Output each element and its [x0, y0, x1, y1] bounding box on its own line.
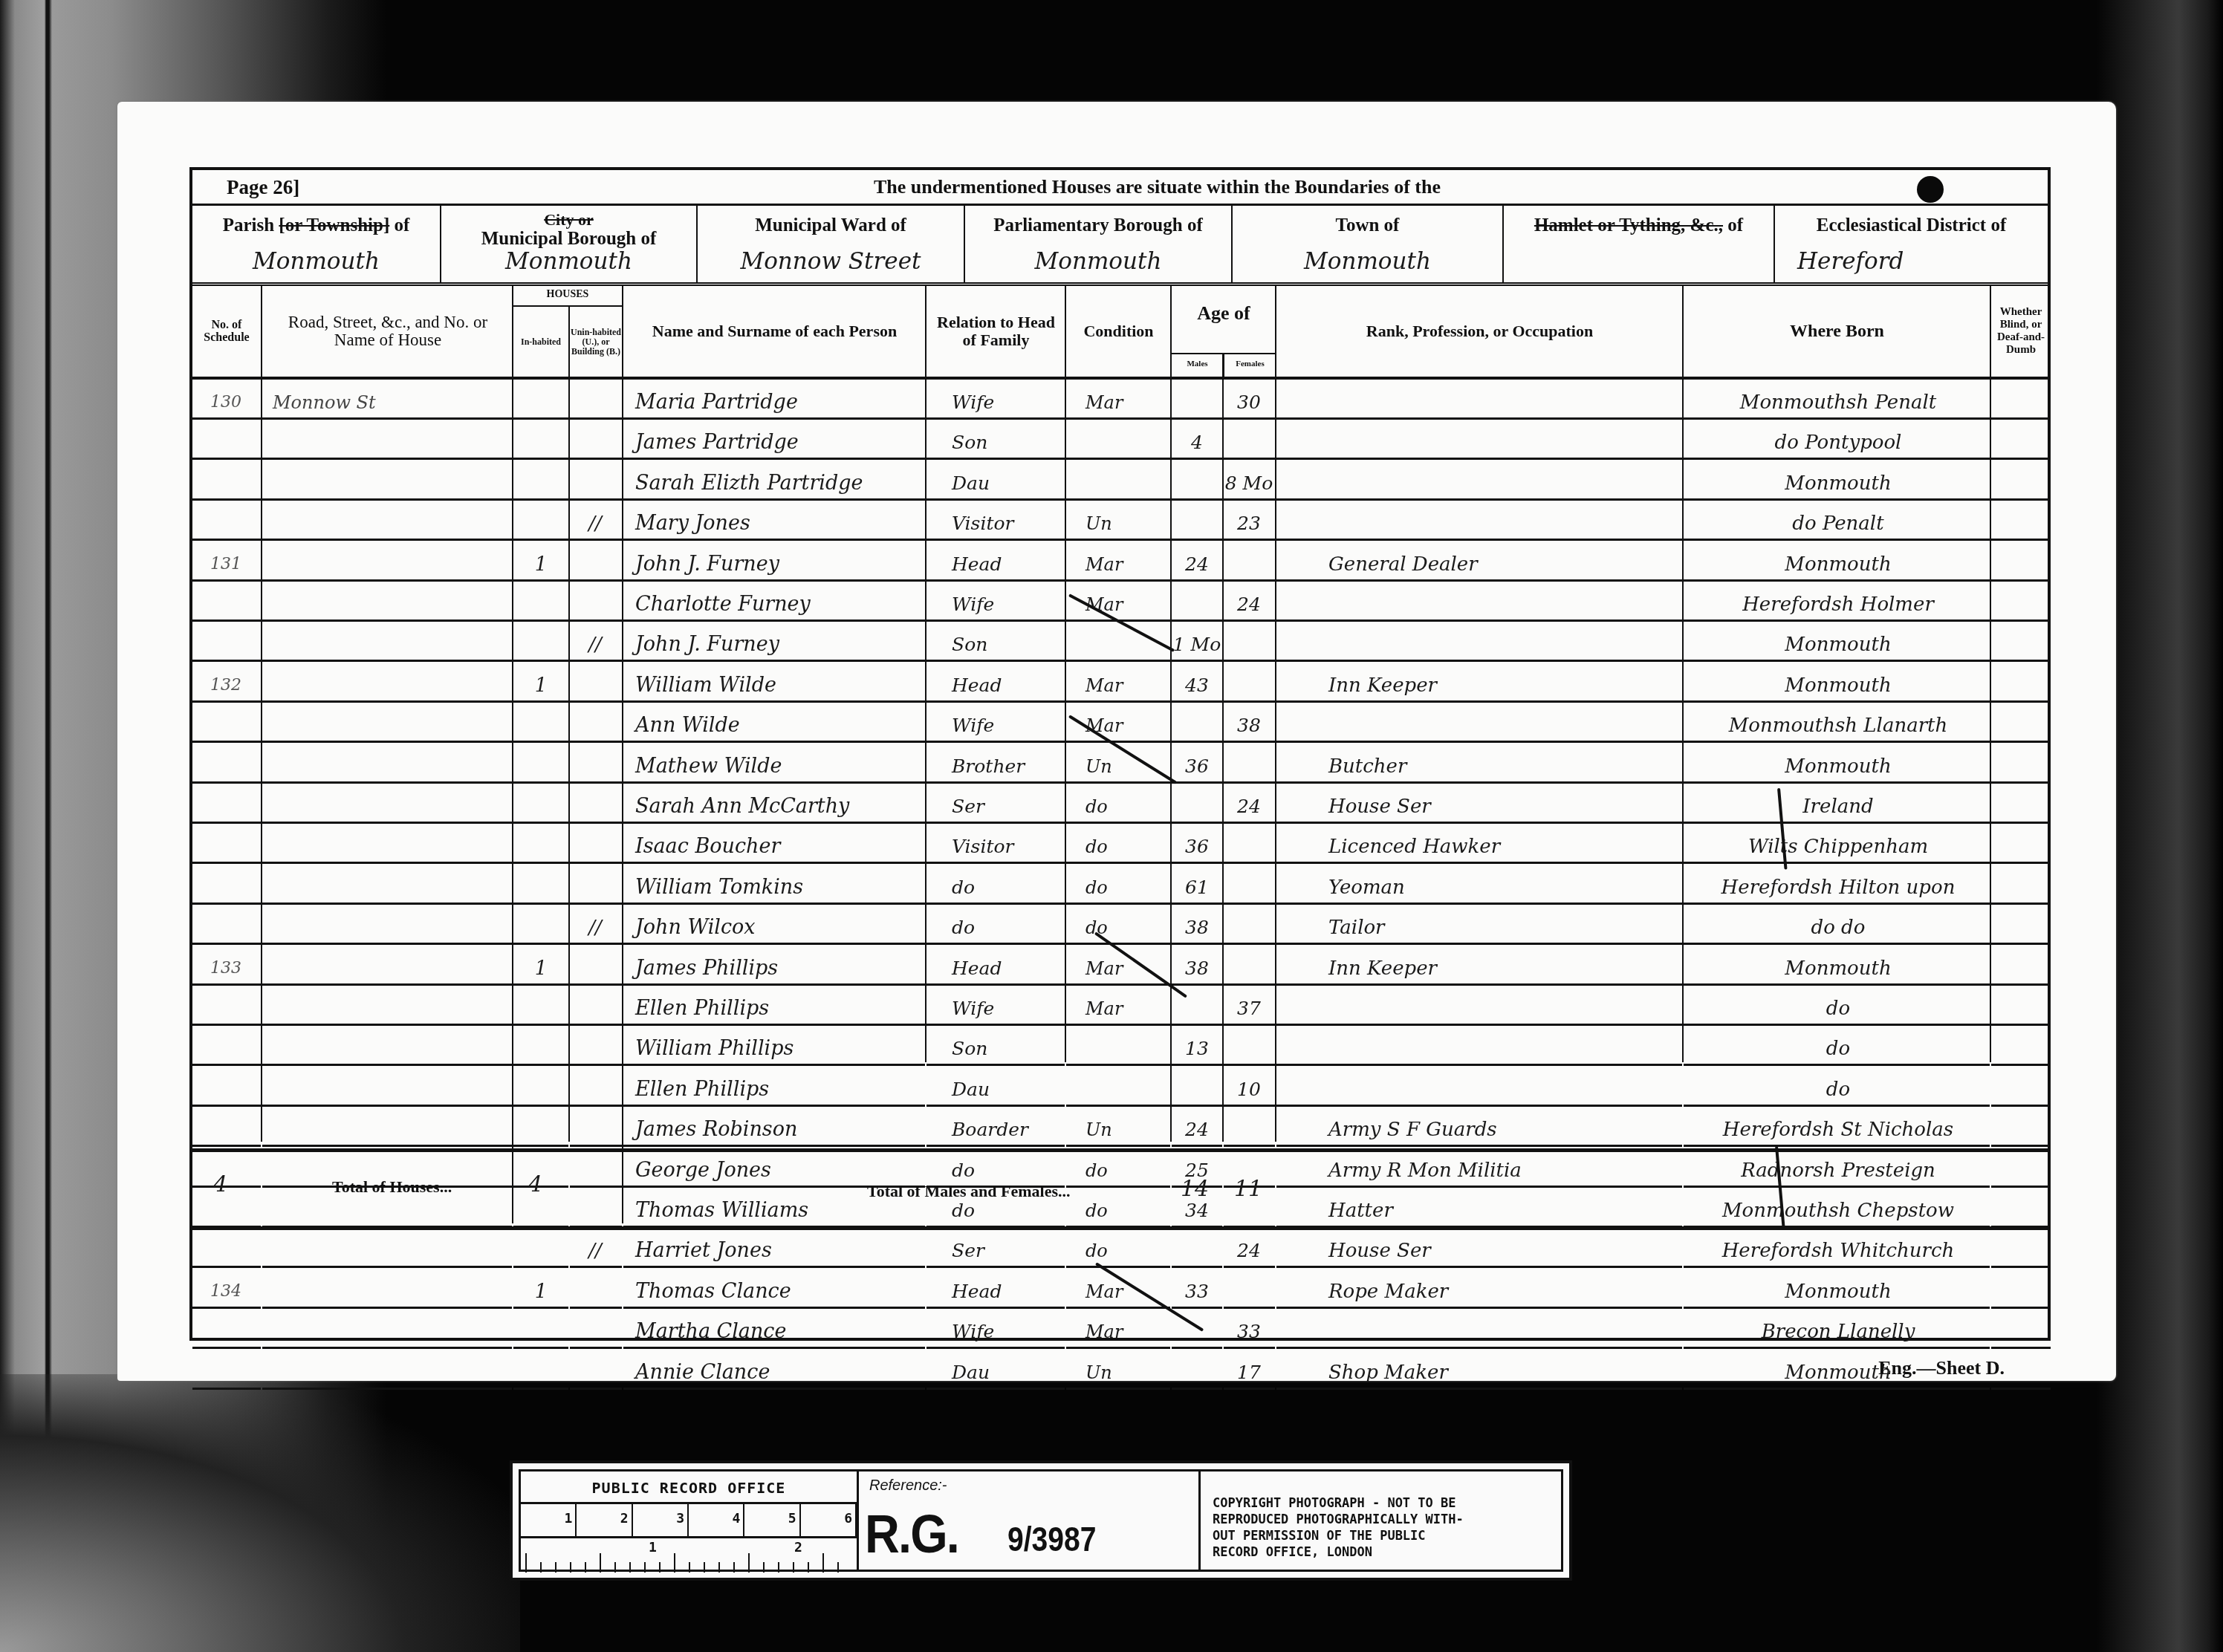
occupation [1276, 380, 1681, 420]
blind-deaf-dumb [1991, 905, 2051, 945]
ruler-tick [808, 1562, 809, 1573]
relation-to-head: Dau [926, 1067, 1064, 1107]
marital-condition: do [1066, 1228, 1170, 1268]
occupation: Butcher [1276, 744, 1681, 784]
schedule-number [192, 865, 259, 905]
header-relation: Relation to Head of Family [926, 286, 1065, 377]
male-age [1172, 784, 1222, 824]
table-row: //Mary JonesVisitorUn23do Penalt [192, 501, 2048, 541]
occupation: Inn Keeper [1276, 946, 1681, 986]
ruler-tick [733, 1562, 735, 1573]
header-uninhabited: Unin-habited (U.), or Building (B.) [570, 328, 622, 357]
person-name: John Wilcox [623, 905, 924, 945]
inhabited-count: 1 [514, 946, 568, 986]
blind-deaf-dumb [1991, 946, 2051, 986]
ruler-tick [704, 1562, 705, 1573]
road-name [264, 582, 513, 622]
marital-condition: Mar [1066, 1309, 1170, 1349]
road-name [264, 663, 513, 703]
schedule-number [192, 1026, 259, 1066]
inhabited-count [514, 1026, 568, 1066]
schedule-number [192, 1350, 259, 1390]
birthplace: do Penalt [1684, 501, 1990, 541]
birthplace: Ireland [1684, 784, 1990, 824]
inhabited-count [514, 1309, 568, 1349]
schedule-number [192, 744, 259, 784]
total-males: 14 [1181, 1176, 1209, 1202]
relation-to-head: Head [926, 663, 1064, 703]
birthplace: Monmouth [1684, 461, 1990, 501]
inhabited-count [514, 1228, 568, 1268]
header-inhabited: In-habited [521, 337, 561, 347]
male-age [1172, 501, 1222, 541]
relation-to-head: Son [926, 1026, 1064, 1066]
relation-to-head: Wife [926, 380, 1064, 420]
female-age: 24 [1224, 784, 1274, 824]
table-row: 1321William WildeHeadMar43Inn KeeperMonm… [192, 663, 2048, 703]
female-age [1224, 865, 1274, 905]
person-name: Mathew Wilde [623, 744, 924, 784]
uninhabited-mark: // [569, 501, 621, 541]
road-name [264, 420, 513, 460]
marital-condition [1066, 461, 1170, 501]
district-row: Parish [or Township] of Monmouth City or… [192, 206, 2048, 286]
uninhabited-mark [569, 380, 621, 420]
inhabited-count [514, 1350, 568, 1390]
birthplace: Herefordsh Holmer [1684, 582, 1990, 622]
marital-condition: do [1066, 784, 1170, 824]
marital-condition: Un [1066, 501, 1170, 541]
person-name: William Tomkins [623, 865, 924, 905]
male-age: 38 [1172, 946, 1222, 986]
female-age [1224, 1269, 1274, 1309]
person-name: John J. Furney [623, 542, 924, 582]
blind-deaf-dumb [1991, 622, 2051, 662]
table-row: Martha ClanceWifeMar33Brecon Llanelly [192, 1309, 2048, 1349]
road-name [264, 622, 513, 662]
relation-to-head: Wife [926, 582, 1064, 622]
inhabited-count [514, 622, 568, 662]
relation-to-head: Ser [926, 784, 1064, 824]
schedule-number: 134 [192, 1269, 259, 1309]
ruler-tick [748, 1553, 750, 1573]
inhabited-count [514, 865, 568, 905]
person-name: Martha Clance [623, 1309, 924, 1349]
road-name [264, 744, 513, 784]
person-name: Ellen Phillips [623, 986, 924, 1026]
blind-deaf-dumb [1991, 1107, 2051, 1147]
ruler-tick [540, 1562, 542, 1573]
header-males: Males [1172, 354, 1224, 377]
marital-condition [1066, 1026, 1170, 1066]
person-name: Ann Wilde [623, 703, 924, 743]
total-persons-label: Total of Males and Females... [867, 1182, 1071, 1201]
record-office-label: PUBLIC RECORD OFFICE 1 2 3 4 5 6 1 2 Ref… [510, 1460, 1572, 1581]
marital-condition: Un [1066, 1107, 1170, 1147]
census-table-body: 130Monnow StMaria PartridgeWifeMar30Monm… [192, 380, 2048, 1278]
header-where-born: Where Born [1684, 286, 1990, 377]
road-name [264, 501, 513, 541]
road-name [264, 1228, 513, 1268]
marital-condition: Mar [1066, 663, 1170, 703]
row-rule [926, 1388, 1065, 1390]
female-age: 23 [1224, 501, 1274, 541]
person-name: William Phillips [623, 1026, 924, 1066]
totals-row: 4 Total of Houses... 4 Total of Males an… [192, 1148, 2048, 1230]
inhabited-count [514, 784, 568, 824]
male-age: 43 [1172, 663, 1222, 703]
female-age [1224, 420, 1274, 460]
ruler-inch: 1 2 [521, 1538, 857, 1573]
female-age [1224, 1026, 1274, 1066]
female-age [1224, 824, 1274, 864]
relation-to-head: Head [926, 946, 1064, 986]
relation-to-head: Dau [926, 1350, 1064, 1390]
occupation: General Dealer [1276, 542, 1681, 582]
birthplace: Herefordsh St Nicholas [1684, 1107, 1990, 1147]
inhabited-count [514, 1107, 568, 1147]
person-name: Ellen Phillips [623, 1067, 924, 1107]
road-name [264, 1269, 513, 1309]
blind-deaf-dumb [1991, 582, 2051, 622]
occupation: Inn Keeper [1276, 663, 1681, 703]
district-municipal-ward: Municipal Ward of Monnow Street [698, 206, 965, 282]
schedule-number [192, 622, 259, 662]
female-age [1224, 744, 1274, 784]
relation-to-head: Visitor [926, 824, 1064, 864]
schedule-number [192, 420, 259, 460]
district-value: Monnow Street [698, 248, 964, 275]
occupation [1276, 986, 1681, 1026]
birthplace: do [1684, 1067, 1990, 1107]
census-page: Page 26] The undermentioned Houses are s… [117, 102, 2116, 1381]
male-age [1172, 582, 1222, 622]
blind-deaf-dumb [1991, 1067, 2051, 1107]
column-header-row: No. of Schedule Road, Street, &c., and N… [192, 286, 2048, 380]
header-schedule: No. of Schedule [192, 286, 261, 377]
relation-to-head: Wife [926, 986, 1064, 1026]
birthplace: Monmouth [1684, 946, 1990, 986]
schedule-number [192, 824, 259, 864]
blind-deaf-dumb [1991, 784, 2051, 824]
ruler-tick [644, 1562, 646, 1573]
ruler-tick [763, 1562, 765, 1573]
district-value: Monmouth [441, 248, 696, 275]
relation-to-head: Head [926, 1269, 1064, 1309]
occupation: Shop Maker [1276, 1350, 1681, 1390]
schedule-number: 133 [192, 946, 259, 986]
inhabited-count [514, 380, 568, 420]
header-occupation: Rank, Profession, or Occupation [1276, 286, 1683, 377]
schedule-number [192, 1107, 259, 1147]
ruler-tick [718, 1562, 720, 1573]
schedule-number [192, 1309, 259, 1349]
male-age: 24 [1172, 1107, 1222, 1147]
female-age [1224, 542, 1274, 582]
ruler-tick [793, 1562, 794, 1573]
relation-to-head: do [926, 905, 1064, 945]
header-name: Name and Surname of each Person [623, 286, 926, 377]
occupation: Rope Maker [1276, 1269, 1681, 1309]
female-age: 17 [1224, 1350, 1274, 1390]
inhabited-count: 1 [514, 663, 568, 703]
table-row: Annie ClanceDauUn17Shop MakerMonmouth [192, 1350, 2048, 1390]
birthplace: do do [1684, 905, 1990, 945]
person-name: William Wilde [623, 663, 924, 703]
blind-deaf-dumb [1991, 824, 2051, 864]
road-name [264, 1026, 513, 1066]
female-age: 24 [1224, 582, 1274, 622]
person-name: James Phillips [623, 946, 924, 986]
marital-condition: Un [1066, 744, 1170, 784]
male-age: 36 [1172, 824, 1222, 864]
marital-condition: Mar [1066, 380, 1170, 420]
person-name: Mary Jones [623, 501, 924, 541]
person-name: Sarah Ann McCarthy [623, 784, 924, 824]
marital-condition: Mar [1066, 542, 1170, 582]
occupation [1276, 1026, 1681, 1066]
female-age: 24 [1224, 1228, 1274, 1268]
blind-deaf-dumb [1991, 420, 2051, 460]
occupation: Army S F Guards [1276, 1107, 1681, 1147]
marital-condition: Un [1066, 1350, 1170, 1390]
ruler-tick [689, 1562, 690, 1573]
row-rule [1991, 1388, 2051, 1390]
marital-condition [1066, 1067, 1170, 1107]
marital-condition: do [1066, 865, 1170, 905]
blind-deaf-dumb [1991, 1309, 2051, 1349]
blind-deaf-dumb [1991, 1026, 2051, 1066]
road-name [264, 1067, 513, 1107]
pro-copyright-section: COPYRIGHT PHOTOGRAPH - NOT TO BE REPRODU… [1201, 1471, 1561, 1570]
road-name [264, 784, 513, 824]
birthplace: Monmouth [1684, 622, 1990, 662]
table-row: Ellen PhillipsWifeMar37do [192, 986, 2048, 1026]
relation-to-head: Boarder [926, 1107, 1064, 1147]
blind-deaf-dumb [1991, 542, 2051, 582]
blind-deaf-dumb [1991, 703, 2051, 743]
header-condition: Condition [1066, 286, 1171, 377]
road-name [264, 986, 513, 1026]
schedule-number [192, 501, 259, 541]
table-row: James RobinsonBoarderUn24Army S F Guards… [192, 1107, 2048, 1147]
table-row: Isaac BoucherVisitordo36Licenced HawkerW… [192, 824, 2048, 864]
inhabited-count [514, 824, 568, 864]
occupation [1276, 501, 1681, 541]
male-age [1172, 1350, 1222, 1390]
uninhabited-mark [569, 1107, 621, 1147]
blind-deaf-dumb [1991, 663, 2051, 703]
table-row: Charlotte FurneyWifeMar24Herefordsh Holm… [192, 582, 2048, 622]
birthplace: do Pontypool [1684, 420, 1990, 460]
district-value: Monmouth [965, 248, 1231, 275]
relation-to-head: Visitor [926, 501, 1064, 541]
female-age: 30 [1224, 380, 1274, 420]
marital-condition: do [1066, 824, 1170, 864]
road-name: Monnow St [264, 380, 513, 420]
road-name [264, 1350, 513, 1390]
blind-deaf-dumb [1991, 380, 2051, 420]
inhabited-count [514, 420, 568, 460]
ruler-tick [674, 1553, 675, 1573]
person-name: Charlotte Furney [623, 582, 924, 622]
header-road: Road, Street, &c., and No. or Name of Ho… [262, 286, 513, 377]
district-ecclesiastical: Ecclesiastical District of Hereford [1775, 206, 2048, 282]
male-age: 24 [1172, 542, 1222, 582]
birthplace: do [1684, 1026, 1990, 1066]
uninhabited-mark: // [569, 622, 621, 662]
occupation: House Ser [1276, 1228, 1681, 1268]
total-females: 11 [1234, 1176, 1262, 1202]
uninhabited-mark [569, 1269, 621, 1309]
birthplace: Monmouth [1684, 663, 1990, 703]
uninhabited-mark [569, 1309, 621, 1349]
scan-background-bottom [0, 1374, 520, 1652]
table-row: Sarah Ann McCarthySerdo24House SerIrelan… [192, 784, 2048, 824]
uninhabited-mark: // [569, 1228, 621, 1268]
relation-to-head: Wife [926, 1309, 1064, 1349]
male-age: 4 [1172, 420, 1222, 460]
total-schedules: 4 [213, 1171, 227, 1197]
person-name: Thomas Clance [623, 1269, 924, 1309]
female-age: 33 [1224, 1309, 1274, 1349]
row-rule [262, 1388, 512, 1390]
relation-to-head: Ser [926, 1228, 1064, 1268]
ruler-tick [837, 1562, 839, 1573]
marital-condition: do [1066, 905, 1170, 945]
district-parish: Parish [or Township] of Monmouth [192, 206, 441, 282]
district-parliamentary-borough: Parliamentary Borough of Monmouth [965, 206, 1233, 282]
row-rule [513, 1388, 568, 1390]
ruler-tick [600, 1553, 601, 1573]
reference-piece: 9/3987 [1007, 1519, 1097, 1559]
birthplace: Monmouthsh Llanarth [1684, 703, 1990, 743]
relation-to-head: Head [926, 542, 1064, 582]
relation-to-head: do [926, 865, 1064, 905]
page-header-row: Page 26] The undermentioned Houses are s… [192, 170, 2048, 206]
schedule-number: 132 [192, 663, 259, 703]
table-row: William PhillipsSon13do [192, 1026, 2048, 1066]
row-rule [192, 1388, 261, 1390]
road-name [264, 946, 513, 986]
district-town: Town of Monmouth [1233, 206, 1504, 282]
blind-deaf-dumb [1991, 865, 2051, 905]
census-form: Page 26] The undermentioned Houses are s… [189, 167, 2051, 1341]
ruler-tick [659, 1562, 661, 1573]
header-blind: Whether Blind, or Deaf-and-Dumb [1991, 286, 2051, 377]
ruler-tick [585, 1562, 586, 1573]
district-municipal-borough: City or Municipal Borough of Monmouth [441, 206, 698, 282]
uninhabited-mark: // [569, 905, 621, 945]
male-age: 38 [1172, 905, 1222, 945]
ruler-tick [555, 1562, 556, 1573]
ruler-tick [778, 1562, 779, 1573]
female-age [1224, 622, 1274, 662]
female-age [1224, 1107, 1274, 1147]
road-name [264, 824, 513, 864]
table-row: 1311John J. FurneyHeadMar24General Deale… [192, 542, 2048, 582]
female-age [1224, 946, 1274, 986]
district-hamlet: Hamlet or Tything, &c., of [1504, 206, 1775, 282]
ruler-tick [614, 1562, 616, 1573]
district-value: Monmouth [192, 248, 440, 275]
ruler-tick [822, 1553, 824, 1573]
blind-deaf-dumb [1991, 986, 2051, 1026]
birthplace: Monmouth [1684, 744, 1990, 784]
birthplace: Herefordsh Hilton upon [1684, 865, 1990, 905]
row-rule [1276, 1388, 1682, 1390]
blind-deaf-dumb [1991, 1228, 2051, 1268]
inhabited-count [514, 1067, 568, 1107]
person-name: James Robinson [623, 1107, 924, 1147]
table-row: James PartridgeSon4do Pontypool [192, 420, 2048, 460]
schedule-number [192, 703, 259, 743]
blind-deaf-dumb [1991, 1269, 2051, 1309]
occupation [1276, 1067, 1681, 1107]
birthplace: Wilts Chippenham [1684, 824, 1990, 864]
ruler-tick [629, 1562, 631, 1573]
header-houses: HOUSES In-habited Unin-habited (U.), or … [513, 286, 622, 377]
female-age [1224, 905, 1274, 945]
male-age: 33 [1172, 1269, 1222, 1309]
birthplace: Brecon Llanelly [1684, 1309, 1990, 1349]
birthplace: Monmouth [1684, 542, 1990, 582]
ruler-tick [570, 1562, 571, 1573]
occupation: Yeoman [1276, 865, 1681, 905]
uninhabited-mark [569, 542, 621, 582]
occupation [1276, 1309, 1681, 1349]
table-row: //John Wilcoxdodo38Tailordo do [192, 905, 2048, 945]
table-row: 1341Thomas ClanceHeadMar33Rope MakerMonm… [192, 1269, 2048, 1309]
district-value: Hereford [1775, 248, 2048, 275]
schedule-number: 131 [192, 542, 259, 582]
reference-series: R.G. [865, 1504, 958, 1565]
female-age: 38 [1224, 703, 1274, 743]
copyright-notice: COPYRIGHT PHOTOGRAPH - NOT TO BE REPRODU… [1213, 1495, 1561, 1561]
schedule-number: 130 [192, 380, 259, 420]
person-name: Annie Clance [623, 1350, 924, 1390]
inhabited-count [514, 986, 568, 1026]
person-name: Harriet Jones [623, 1228, 924, 1268]
male-age [1172, 380, 1222, 420]
blind-deaf-dumb [1991, 744, 2051, 784]
female-age: 10 [1224, 1067, 1274, 1107]
female-age [1224, 663, 1274, 703]
inhabited-count [514, 501, 568, 541]
schedule-number [192, 461, 259, 501]
inhabited-count [514, 905, 568, 945]
uninhabited-mark [569, 663, 621, 703]
inhabited-count: 1 [514, 1269, 568, 1309]
uninhabited-mark [569, 703, 621, 743]
inhabited-count [514, 461, 568, 501]
table-row: William Tomkinsdodo61YeomanHerefordsh Hi… [192, 865, 2048, 905]
road-name [264, 1107, 513, 1147]
boundary-title: The undermentioned Houses are situate wi… [192, 176, 2048, 198]
uninhabited-mark [569, 865, 621, 905]
schedule-number [192, 1228, 259, 1268]
uninhabited-mark [569, 582, 621, 622]
female-age: 37 [1224, 986, 1274, 1026]
relation-to-head: Son [926, 420, 1064, 460]
district-value: Monmouth [1233, 248, 1502, 275]
person-name: Maria Partridge [623, 380, 924, 420]
schedule-number [192, 784, 259, 824]
table-row: 130Monnow StMaria PartridgeWifeMar30Monm… [192, 380, 2048, 420]
ruler-cm: 1 2 3 4 5 6 [521, 1504, 857, 1538]
road-name [264, 542, 513, 582]
relation-to-head: Dau [926, 461, 1064, 501]
